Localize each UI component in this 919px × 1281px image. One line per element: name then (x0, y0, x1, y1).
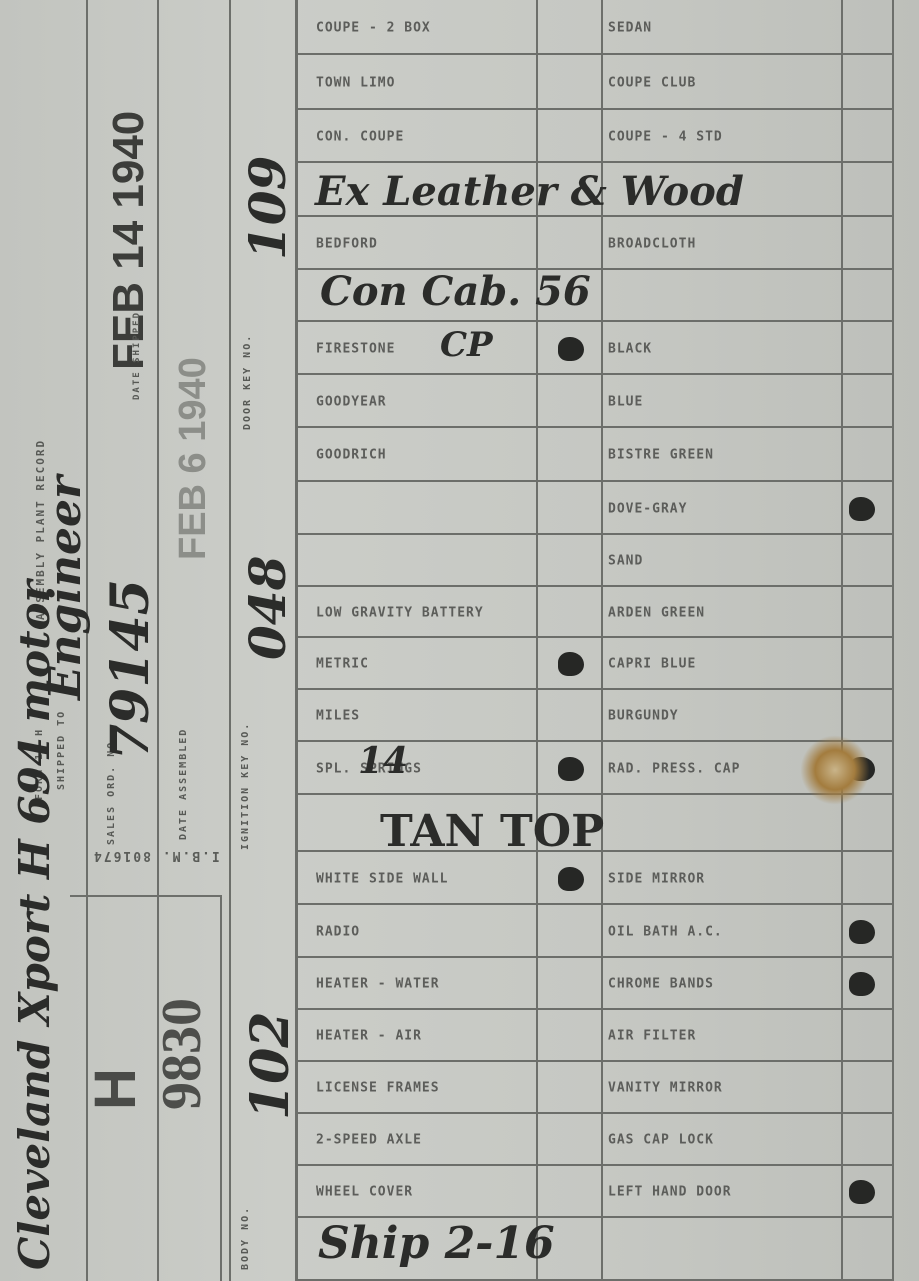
option-right-label: BROADCLOTH (608, 236, 696, 251)
option-right-label: RAD. PRESS. CAP (608, 761, 740, 776)
option-right-label: SIDE MIRROR (608, 871, 705, 886)
punch-mark-icon (849, 1180, 875, 1204)
option-row: FIRESTONEBLACK (296, 322, 886, 375)
rust-stain (800, 735, 870, 805)
motor-number: 9830 (150, 998, 214, 1110)
option-right-label: SAND (608, 554, 643, 569)
ignition-key-label: IGNITION KEY NO. (240, 722, 251, 850)
handwriting-ship-date: Ship 2-16 (318, 1218, 555, 1269)
option-right-label: ARDEN GREEN (608, 605, 705, 620)
punch-mark-icon (849, 497, 875, 521)
option-row: BEDFORDBROADCLOTH (296, 217, 886, 270)
option-left-label: HEATER - WATER (316, 977, 440, 992)
option-left-label: FIRESTONE (316, 341, 395, 356)
punch-mark-icon (558, 757, 584, 781)
handwriting-tire: CP (440, 325, 493, 365)
ibm-number: I.B.M. 801674 (92, 848, 220, 863)
body-no-label: BODY NO. (240, 1206, 251, 1270)
punch-mark-icon (558, 652, 584, 676)
option-left-label: MILES (316, 709, 360, 724)
door-key-value: 109 (238, 156, 297, 260)
option-row: CON. COUPECOUPE - 4 STD (296, 110, 886, 163)
option-left-label: GOODRICH (316, 448, 387, 463)
option-left-label: BEDFORD (316, 236, 378, 251)
option-left-label: COUPE - 2 BOX (316, 20, 431, 35)
option-right-label: BLUE (608, 394, 643, 409)
option-left-label: HEATER - AIR (316, 1029, 422, 1044)
left-margin-handwriting: Cleveland Xport H 694 motor (10, 580, 59, 1270)
option-right-label: GAS CAP LOCK (608, 1133, 714, 1148)
option-right-label: DOVE-GRAY (608, 501, 687, 516)
option-row: 2-SPEED AXLEGAS CAP LOCK (296, 1114, 886, 1166)
option-row: WHEEL COVERLEFT HAND DOOR (296, 1166, 886, 1218)
divider (229, 0, 231, 1281)
option-left-label: TOWN LIMO (316, 75, 395, 90)
option-right-label: CAPRI BLUE (608, 657, 696, 672)
option-left-label: 2-SPEED AXLE (316, 1133, 422, 1148)
option-row: COUPE - 2 BOXSEDAN (296, 0, 886, 55)
option-right-label: COUPE - 4 STD (608, 129, 723, 144)
option-right-label: BISTRE GREEN (608, 448, 714, 463)
option-row: HEATER - AIRAIR FILTER (296, 1010, 886, 1062)
option-row: GOODRICHBISTRE GREEN (296, 428, 886, 482)
assembly-plant-record-card: ASSEMBLY PLANT RECORD FORM 14 H SHIPPED … (0, 0, 919, 1281)
handwriting-trim: Ex Leather & Wood (315, 168, 744, 215)
option-row: LOW GRAVITY BATTERYARDEN GREEN (296, 587, 886, 638)
handwriting-top: TAN TOP (380, 806, 604, 857)
option-row: SAND (296, 535, 886, 587)
option-row: HEATER - WATERCHROME BANDS (296, 958, 886, 1010)
punch-mark-icon (558, 867, 584, 891)
divider (220, 895, 222, 1281)
option-row: MILESBURGUNDY (296, 690, 886, 742)
date-shipped-stamp: FEB 14 1940 (104, 111, 154, 370)
option-row: GOODYEARBLUE (296, 375, 886, 428)
grid-border-right (892, 0, 894, 1281)
handwriting-springs: 14 (358, 740, 408, 782)
option-left-label: LOW GRAVITY BATTERY (316, 605, 484, 620)
punch-mark-icon (558, 337, 584, 361)
sales-ord-value: 79145 (100, 579, 161, 760)
ignition-key-value: 048 (238, 556, 297, 660)
option-left-label: GOODYEAR (316, 394, 387, 409)
option-row: LICENSE FRAMESVANITY MIRROR (296, 1062, 886, 1114)
date-assembled-label: DATE ASSEMBLED (178, 728, 189, 840)
option-row: WHITE SIDE WALLSIDE MIRROR (296, 852, 886, 905)
option-right-label: AIR FILTER (608, 1029, 696, 1044)
option-left-label: WHITE SIDE WALL (316, 871, 448, 886)
option-right-label: BLACK (608, 341, 652, 356)
option-left-label: CON. COUPE (316, 129, 404, 144)
date-shipped-label: DATE SHIPPED (132, 311, 142, 400)
option-right-label: LEFT HAND DOOR (608, 1185, 732, 1200)
option-row: TOWN LIMOCOUPE CLUB (296, 55, 886, 110)
option-left-label: METRIC (316, 657, 369, 672)
option-row: RADIOOIL BATH A.C. (296, 905, 886, 958)
door-key-label: DOOR KEY NO. (242, 334, 253, 430)
punch-mark-icon (849, 972, 875, 996)
option-left-label: LICENSE FRAMES (316, 1081, 440, 1096)
option-left-label: WHEEL COVER (316, 1185, 413, 1200)
option-row: DOVE-GRAY (296, 482, 886, 535)
option-right-label: BURGUNDY (608, 709, 679, 724)
option-right-label: COUPE CLUB (608, 75, 696, 90)
option-right-label: VANITY MIRROR (608, 1081, 723, 1096)
divider (70, 895, 220, 897)
option-left-label: RADIO (316, 924, 360, 939)
body-no-value: 102 (240, 1011, 301, 1120)
option-right-label: SEDAN (608, 20, 652, 35)
handwriting-car-type: Con Cab. 56 (320, 268, 591, 315)
motor-prefix: H (82, 1068, 149, 1110)
option-row: METRICCAPRI BLUE (296, 638, 886, 690)
option-right-label: OIL BATH A.C. (608, 924, 723, 939)
date-assembled-stamp: FEB 6 1940 (172, 357, 215, 560)
punch-mark-icon (849, 920, 875, 944)
option-right-label: CHROME BANDS (608, 977, 714, 992)
